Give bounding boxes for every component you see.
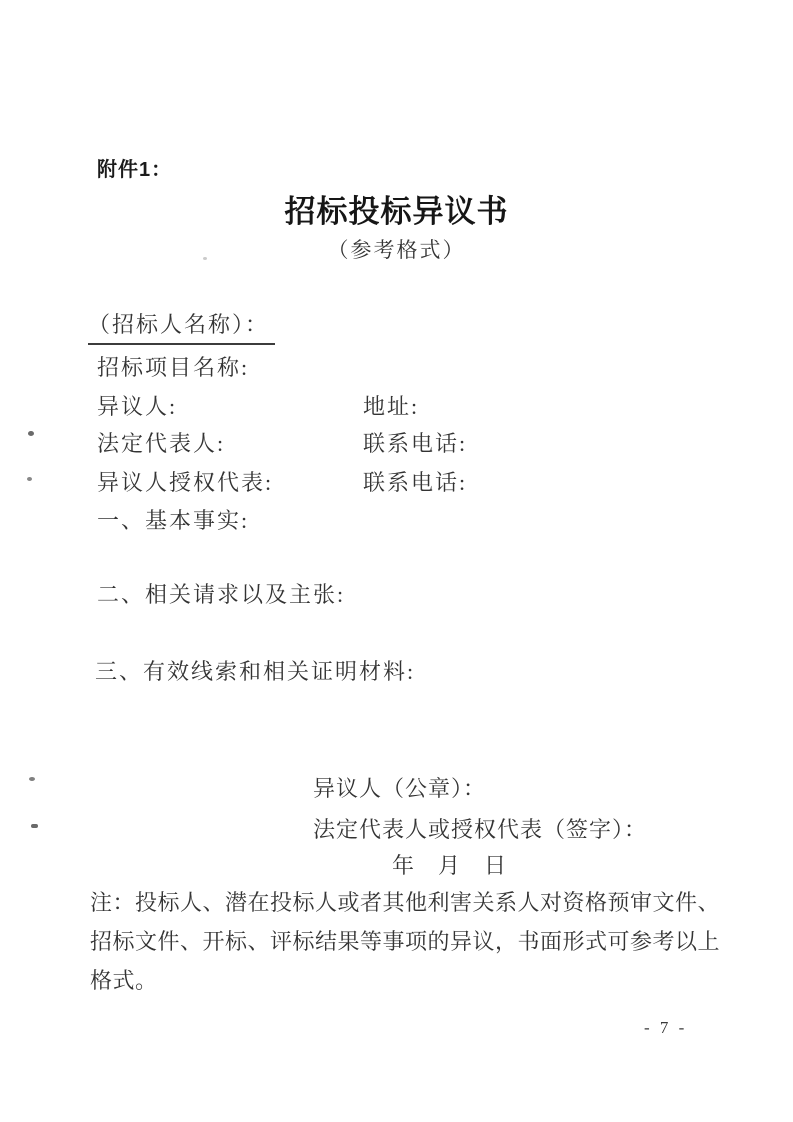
document-subtitle: （参考格式） [328,238,466,262]
field-label-legal-representative: 法定代表人: [97,427,225,458]
field-label-address: 地址: [363,390,419,421]
field-label-project-name: 招标项目名称: [97,351,249,382]
scan-speck [31,824,38,828]
signature-date-line: 年 月 日 [392,849,507,880]
note-line-3: 格式。 [90,961,735,1000]
scan-speck [28,431,34,436]
scan-speck [203,257,207,260]
signature-seal-line: 异议人（公章）： [313,772,486,803]
field-label-contact-phone-2: 联系电话: [363,466,467,497]
note-line-2: 招标文件、开标、评标结果等事项的异议，书面形式可参考以上 [90,922,735,961]
page-number: - 7 - [644,1018,687,1038]
note-paragraph: 注：投标人、潜在投标人或者其他利害关系人对资格预审文件、 招标文件、开标、评标结… [90,883,735,1000]
field-label-authorized-representative: 异议人授权代表: [97,466,273,497]
attachment-label: 附件1： [97,153,172,182]
field-label-objector: 异议人: [97,390,177,421]
scan-speck [29,777,35,781]
document-page: 附件1： 招标投标异议书 （参考格式） （招标人名称）： 招标项目名称: 异议人… [0,0,793,1122]
section-heading-basic-facts: 一、基本事实: [97,504,249,535]
section-heading-requests-claims: 二、相关请求以及主张: [97,578,345,609]
field-label-contact-phone-1: 联系电话: [363,427,467,458]
scan-speck [27,477,32,481]
addressee-line: （招标人名称）： [88,308,275,345]
signature-sign-line: 法定代表人或授权代表（签字）： [313,813,647,844]
note-line-1: 注：投标人、潜在投标人或者其他利害关系人对资格预审文件、 [90,883,735,922]
section-heading-evidence-materials: 三、有效线索和相关证明材料: [95,655,415,686]
document-title: 招标投标异议书 [285,194,509,229]
